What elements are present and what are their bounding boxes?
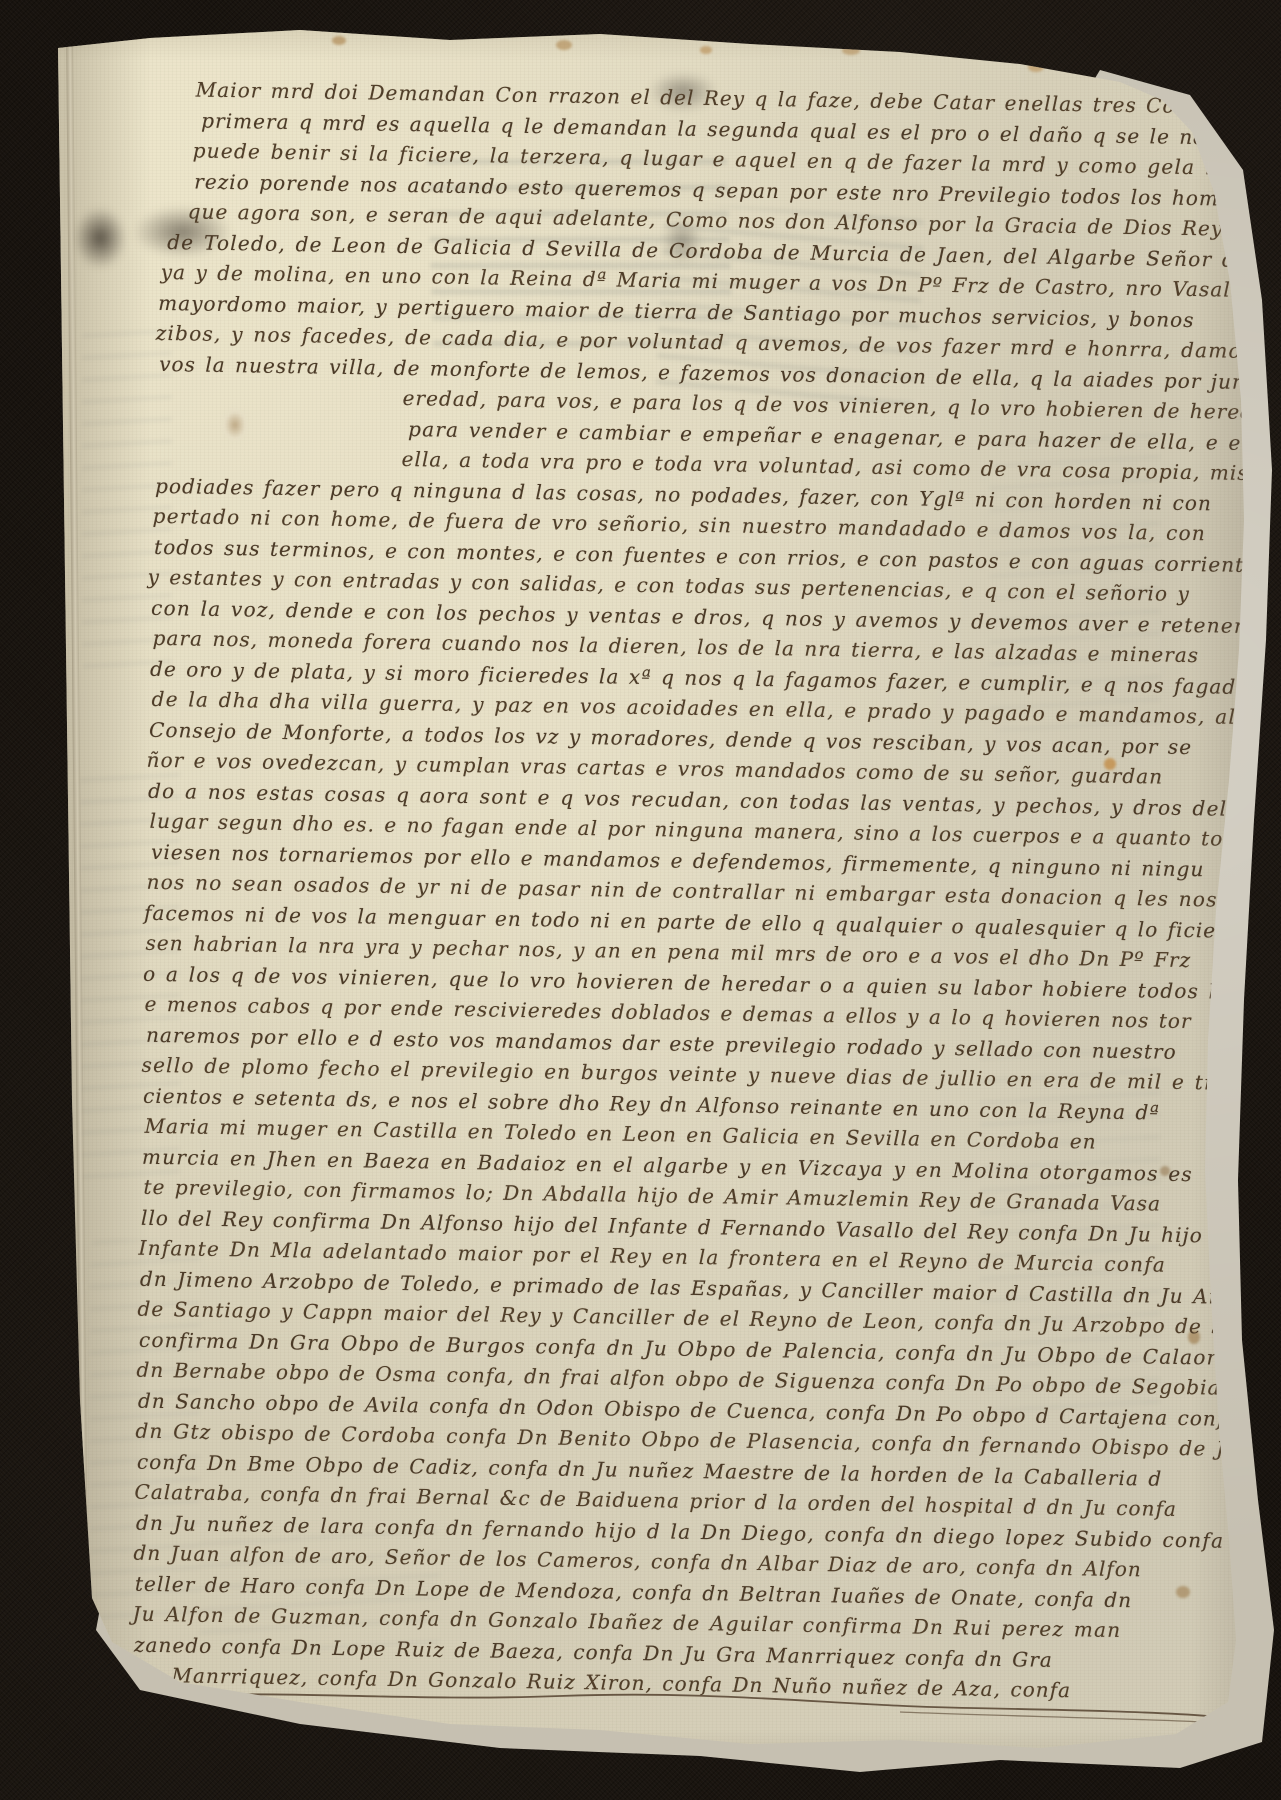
facing-page-word-fragment: Señor bbox=[0, 324, 58, 348]
manuscript-line: Infante Dn Mla adelantado maior por el R… bbox=[138, 1233, 1228, 1282]
manuscript-line: dn Juan alfon de aro, Señor de los Camer… bbox=[133, 1538, 1223, 1587]
facing-page-word-fragment: e bbox=[45, 1472, 58, 1494]
bleed-through-text bbox=[980, 1050, 1160, 1410]
manuscript-line: murcia en Jhen en Baeza en Badaioz en el… bbox=[142, 1141, 1232, 1190]
bleed-through-text bbox=[80, 760, 180, 1180]
facing-page-word-fragment: on bbox=[32, 838, 58, 861]
manuscript-line: do a nos estas cosas q aora sont e q vos… bbox=[148, 775, 1238, 824]
manuscript-line: Ju Alfon de Guzman, confa dn Gonzalo Iba… bbox=[132, 1599, 1222, 1648]
manuscript-line: para vender e cambiar e empeñar e enagen… bbox=[408, 414, 1281, 463]
foxing-spot bbox=[1028, 62, 1044, 72]
facing-page-word-fragment: nan bbox=[19, 1182, 59, 1205]
manuscript-line: llo del Rey confirma Dn Alfonso hijo del… bbox=[141, 1202, 1231, 1251]
foxing-spot bbox=[1104, 758, 1116, 770]
foxing-spot bbox=[842, 46, 860, 55]
manuscript-line: naremos por ello e d esto vos mandamos d… bbox=[146, 1019, 1236, 1068]
facing-page-word-fragment: nan bbox=[19, 635, 59, 658]
facing-page-word-fragment: g bbox=[44, 983, 58, 1005]
facing-page-word-fragment: Señor bbox=[0, 597, 58, 621]
foxing-spot bbox=[700, 46, 712, 54]
manuscript-line: dn Sancho obpo de Avila confa dn Odon Ob… bbox=[138, 1385, 1228, 1434]
manuscript-line: teller de Haro confa Dn Lope de Mendoza,… bbox=[135, 1568, 1225, 1617]
facing-page-word-fragment: .) bbox=[42, 1207, 58, 1230]
manuscript-line: ella, a toda vra pro e toda vra voluntad… bbox=[401, 444, 1281, 493]
manuscript-page: aConii,madedonelInfandeSeñorquenpoabee ō… bbox=[0, 0, 1281, 1800]
manuscript-line: pertado ni con home, de fuera de vro señ… bbox=[152, 501, 1242, 550]
manuscript-line: vos la nuestra villa, de monforte de lem… bbox=[159, 348, 1249, 397]
manuscript-line: de oro y de plata, y si moro ficieredes … bbox=[150, 653, 1240, 702]
manuscript-line: frz Manrriquez, confa Dn Gonzalo Ruiz Xi… bbox=[131, 1660, 1221, 1709]
bleed-through-stamp bbox=[427, 145, 734, 355]
manuscript-line: de Santiago y Cappn maior del Rey y Canc… bbox=[137, 1294, 1227, 1343]
facing-page-word-fragment: Infan bbox=[2, 267, 58, 291]
manuscript-text-block: Maior mrd doi Demandan Con rrazon el del… bbox=[141, 74, 1258, 1708]
foxing-spot bbox=[1188, 1330, 1200, 1344]
manuscript-line: nos no sean osados de yr ni de pasar nin… bbox=[146, 867, 1236, 916]
facing-page-word-fragment: gun bbox=[18, 757, 58, 780]
manuscript-line: viesen nos tornariemos por ello e mandam… bbox=[151, 836, 1241, 885]
facing-page-word-fragment: a bbox=[45, 88, 58, 110]
facing-page-word-fragment: q Ju bbox=[16, 576, 59, 599]
manuscript-line: zibos, y nos facedes, de cada dia, e por… bbox=[155, 318, 1245, 367]
ink-blot bbox=[74, 208, 126, 268]
manuscript-line: dn Bernabe obpo de Osma confa, dn frai a… bbox=[136, 1355, 1226, 1404]
manuscript-line: e menos cabos q por ende rescivieredes d… bbox=[144, 989, 1234, 1038]
manuscript-line: Consejo de Monforte, a todos los vz y mo… bbox=[149, 714, 1239, 763]
manuscript-line: todos sus terminos, e con montes, e con … bbox=[154, 531, 1244, 580]
manuscript-line: zanedo confa Dn Lope Ruiz de Baeza, conf… bbox=[134, 1629, 1224, 1678]
facing-page-word-fragment: quo bbox=[19, 1252, 59, 1275]
manuscript-line: Maria mi muger en Castilla en Toledo en … bbox=[144, 1111, 1234, 1160]
foxing-spot bbox=[556, 40, 572, 50]
bleed-through-text bbox=[200, 1530, 440, 1650]
ink-smudge bbox=[662, 218, 702, 264]
facing-page-word-fragment: que bbox=[19, 349, 58, 372]
bleed-through-text bbox=[82, 330, 172, 670]
bleed-through-text bbox=[90, 1240, 200, 1620]
facing-page-fragments: aConii,madedonelInfandeSeñorquenpoabee ō… bbox=[0, 40, 62, 1610]
facing-page-word-fragment: Ju bbox=[36, 776, 59, 799]
manuscript-line: Maior mrd doi Demandan Con rrazon el del… bbox=[195, 74, 1281, 123]
manuscript-line: facemos ni de vos la menguar en todo ni … bbox=[144, 897, 1234, 946]
manuscript-line: lugar segun dho es. e no fagan ende al p… bbox=[149, 806, 1239, 855]
bleed-through-text bbox=[990, 430, 1160, 730]
manuscript-line: eredad, para vos, e para los q de vos vi… bbox=[402, 383, 1281, 432]
manuscript-line: te previlegio, con firmamos lo; Dn Abdal… bbox=[143, 1172, 1233, 1221]
facing-page-word-fragment: o bbox=[45, 868, 58, 890]
facing-page-word-fragment: Con bbox=[16, 119, 58, 142]
facing-page-word-fragment: ii, bbox=[36, 152, 58, 175]
manuscript-line: puede benir si la ficiere, la terzera, q… bbox=[192, 135, 1281, 184]
facing-page-word-fragment: o bbox=[45, 710, 58, 732]
facing-page-word-fragment: npo bbox=[19, 459, 59, 482]
manuscript-line: ya y de molina, en uno con la Reina dª M… bbox=[160, 257, 1250, 306]
manuscript-line: de Toledo, de Leon de Galicia d Sevilla … bbox=[167, 227, 1257, 276]
facing-page-word-fragment: o bbox=[45, 803, 58, 825]
manuscript-line: Calatraba, confa dn frai Bernal &c de Ba… bbox=[134, 1477, 1224, 1526]
facing-page-word-fragment: m, bbox=[32, 1233, 59, 1256]
facing-page-word-fragment: Dn bbox=[28, 1279, 58, 1302]
manuscript-line: confa Dn Bme Obpo de Cadiz, confa dn Ju … bbox=[137, 1446, 1227, 1495]
manuscript-line: dn Gtz obispo de Cordoba confa Dn Benito… bbox=[135, 1416, 1225, 1465]
bleed-through-stamp bbox=[655, 203, 925, 406]
manuscript-line: con la voz, dende e con los pechos y ven… bbox=[151, 592, 1241, 641]
facing-page-word-fragment: Se bbox=[31, 678, 58, 701]
facing-page-word-fragment: fa bbox=[37, 908, 58, 931]
ink-smudge bbox=[648, 72, 718, 112]
manuscript-line: que agora son, e seran de aqui adelante,… bbox=[187, 196, 1277, 245]
facing-page-word-fragment: ) bbox=[49, 1543, 58, 1565]
manuscript-line: confirma Dn Gra Obpo de Burgos confa dn … bbox=[139, 1324, 1229, 1373]
facing-page-word-fragment: nel bbox=[25, 242, 58, 265]
manuscript-line: dn Jimeno Arzobpo de Toledo, e primado d… bbox=[140, 1263, 1230, 1312]
facing-page-word-fragment: l bbox=[51, 1515, 59, 1537]
manuscript-line: cientos e setenta ds, e nos el sobre dho… bbox=[143, 1080, 1233, 1129]
facing-page-word-fragment: npo bbox=[19, 557, 59, 580]
facing-page-word-fragment: 9 bbox=[45, 1423, 59, 1445]
paper-flaw bbox=[222, 408, 248, 442]
facing-page-word-fragment: l bbox=[51, 1495, 59, 1517]
manuscript-line: o a los q de vos vinieren, que lo vro ho… bbox=[143, 958, 1233, 1007]
manuscript-line: y estantes y con entradas y con salidas,… bbox=[147, 562, 1237, 611]
manuscript-line: podiades fazer pero q ninguna d las cosa… bbox=[155, 470, 1245, 519]
manuscript-line: ñor e vos ovedezcan, y cumplan vras cart… bbox=[146, 745, 1236, 794]
manuscript-line: para nos, moneda forera cuando nos la di… bbox=[152, 623, 1242, 672]
facing-page-word-fragment: ia bbox=[38, 952, 58, 975]
facing-page-word-fragment: dedo bbox=[7, 211, 59, 235]
ink-smudge bbox=[132, 206, 232, 258]
manuscript-line: de la dha dha villa guerra, y paz en vos… bbox=[151, 684, 1241, 733]
manuscript-line: rezio porende nos acatando esto queremos… bbox=[194, 166, 1281, 215]
manuscript-line: sello de plomo fecho el previlegio en bu… bbox=[141, 1050, 1231, 1099]
facing-page-word-fragment: e ō, bbox=[19, 531, 59, 554]
facing-page-word-fragment: o. bbox=[38, 925, 58, 948]
facing-page-word-fragment: ho bbox=[32, 658, 58, 681]
manuscript-line: sen habrian la nra yra y pechar nos, y a… bbox=[145, 928, 1235, 977]
facing-page-word-fragment: us bbox=[34, 1388, 59, 1411]
facing-page-word-fragment: o bbox=[45, 733, 58, 755]
foxing-spot bbox=[332, 36, 346, 45]
manuscript-line: mayordomo maior, y pertiguero maior de t… bbox=[158, 287, 1248, 336]
facing-page-word-fragment: abe bbox=[20, 507, 58, 530]
manuscript-scan: aConii,madedonelInfandeSeñorquenpoabee ō… bbox=[0, 0, 1281, 1800]
facing-page-word-fragment: ma bbox=[26, 177, 58, 200]
manuscript-line: primera q mrd es aquella q le demandan l… bbox=[201, 105, 1281, 154]
foxing-spot bbox=[1160, 1166, 1170, 1176]
facing-page-word-fragment: u) bbox=[36, 1150, 58, 1173]
gutter-crease bbox=[66, 36, 88, 1636]
foxing-spot bbox=[1176, 1586, 1190, 1598]
facing-page-word-fragment: de bbox=[32, 290, 58, 313]
manuscript-line: dn Ju nuñez de lara confa dn fernando hi… bbox=[136, 1507, 1226, 1556]
